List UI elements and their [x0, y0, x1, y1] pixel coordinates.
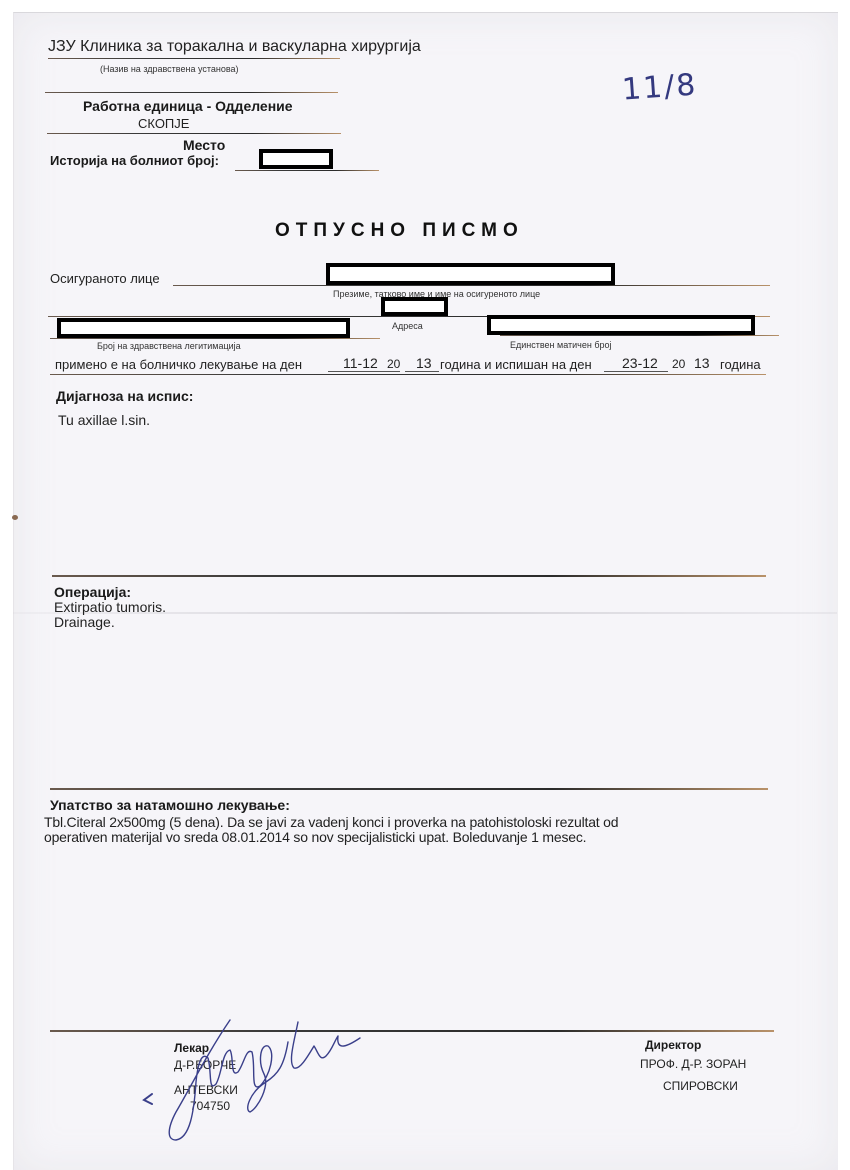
instructions-rule	[50, 788, 768, 790]
handwritten-page-note: 11/8	[621, 67, 699, 107]
history-label: Историја на болниот број:	[50, 153, 219, 168]
institution-name: ЈЗУ Клиника за торакална и васкуларна хи…	[48, 38, 421, 56]
health-id-rule	[50, 338, 380, 339]
unit-top-rule	[45, 92, 338, 93]
doctor-signature	[138, 1012, 368, 1152]
director-label: Директор	[645, 1038, 701, 1052]
unit-bottom-rule	[47, 133, 341, 134]
institution-caption: (Назив на здравствена установа)	[100, 64, 239, 74]
insured-person-redaction	[326, 263, 615, 285]
admitted-year-prefix: 20	[387, 357, 400, 371]
admitted-text: примено е на болничко лекување на ден	[55, 357, 302, 372]
umcn-caption: Единствен матичен број	[510, 340, 612, 350]
discharged-year: 13	[694, 355, 710, 371]
place-label: Место	[183, 137, 225, 153]
operation-heading: Операција:	[54, 584, 131, 600]
operation-line-1: Extirpatio tumoris.	[54, 600, 166, 615]
health-id-caption: Број на здравствена легитимација	[97, 341, 241, 351]
unit-label: Работна единица - Одделение	[83, 98, 293, 114]
operation-rule	[52, 575, 766, 577]
insured-person-rule	[173, 285, 770, 286]
director-name-line-2: СПИРОВСКИ	[663, 1079, 738, 1093]
admission-rule	[50, 374, 766, 375]
admitted-year-underline	[405, 371, 439, 372]
discharge-letter-page	[13, 12, 838, 1170]
instructions-line-1: Tbl.Citeral 2x500mg (5 dena). Da se javi…	[44, 815, 618, 830]
director-name-line-1: ПРОФ. Д-Р. ЗОРАН	[640, 1057, 746, 1071]
instructions-heading: Упатство за натамошно лекување:	[50, 797, 290, 813]
operation-line-2: Drainage.	[54, 615, 115, 630]
diagnosis-heading: Дијагноза на испис:	[56, 388, 193, 404]
umcn-rule	[500, 335, 779, 336]
admitted-day-underline	[328, 371, 400, 372]
address-caption: Адреса	[392, 321, 423, 331]
address-redaction	[381, 297, 448, 316]
discharged-day-underline	[604, 371, 668, 372]
admitted-day: 11-12	[343, 355, 378, 371]
history-rule	[235, 170, 379, 171]
institution-rule	[48, 58, 340, 59]
admitted-year: 13	[416, 355, 432, 371]
paper-speck	[12, 515, 18, 520]
discharged-year-prefix: 20	[672, 357, 685, 371]
year-word-end: година	[720, 357, 761, 372]
discharged-text: година и испишан на ден	[440, 357, 592, 372]
diagnosis-text: Tu axillae l.sin.	[58, 412, 150, 428]
umcn-redaction	[487, 315, 755, 335]
document-title: ОТПУСНО ПИСМО	[275, 220, 524, 242]
insured-person-label: Осигураното лице	[50, 271, 160, 286]
health-id-redaction	[57, 318, 350, 338]
unit-value: СКОПЈЕ	[138, 116, 189, 131]
history-number-redaction	[259, 149, 333, 169]
discharged-day: 23-12	[622, 355, 658, 371]
instructions-line-2: operativen materijal vo sreda 08.01.2014…	[44, 830, 586, 845]
